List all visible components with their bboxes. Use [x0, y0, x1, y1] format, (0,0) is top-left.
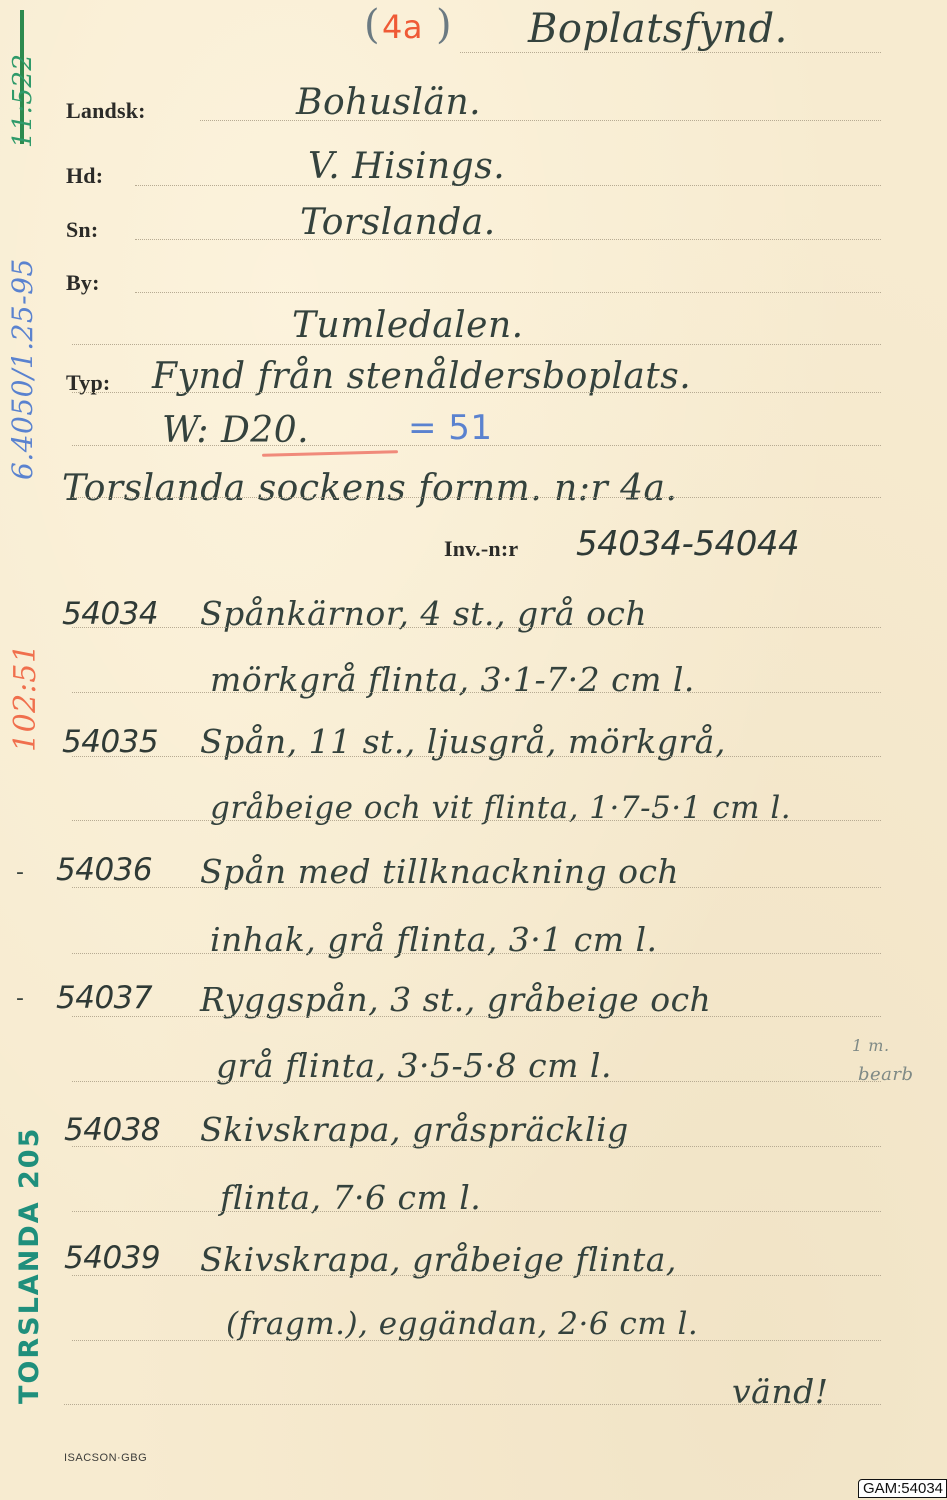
- item-number: 54039: [64, 1240, 160, 1276]
- red-underline: [262, 450, 398, 457]
- rule: [72, 1081, 881, 1082]
- margin-note-green: 11:522: [8, 54, 38, 148]
- item-number: 54036: [56, 852, 152, 888]
- archive-id-label: GAM:54034: [858, 1479, 947, 1498]
- item-line-1: Skivskrapa, gråbeige flinta,: [200, 1240, 677, 1279]
- margin-note-blue: 6.4050/1.25-95: [6, 258, 39, 480]
- w-reference-note: = 51: [408, 408, 493, 448]
- label-by: By:: [66, 270, 100, 296]
- rule: [72, 344, 881, 345]
- item-line-2: grå flinta, 3·5-5·8 cm l.: [216, 1046, 612, 1085]
- rule: [72, 1275, 881, 1276]
- rule: [72, 1211, 881, 1212]
- value-landsk: Bohuslän.: [296, 82, 481, 123]
- rule: [72, 953, 881, 954]
- rule: [135, 292, 881, 293]
- item-number: 54035: [62, 724, 158, 760]
- paren-close: ): [436, 2, 452, 48]
- label-sn: Sn:: [66, 217, 98, 243]
- item-number: 54038: [64, 1112, 160, 1148]
- value-typ: Fynd från stenåldersboplats.: [152, 356, 691, 397]
- rule: [72, 1146, 881, 1147]
- rule: [72, 887, 881, 888]
- item-line-1: Ryggspån, 3 st., gråbeige och: [200, 980, 711, 1019]
- rule: [72, 445, 881, 446]
- value-hd: V. Hisings.: [308, 146, 505, 187]
- value-inv: 54034-54044: [576, 524, 799, 564]
- rule: [72, 627, 881, 628]
- item-line-1: Skivskrapa, gråspräcklig: [200, 1110, 629, 1149]
- item-number: 54037: [56, 980, 152, 1016]
- rule: [135, 239, 881, 240]
- rule: [460, 52, 881, 53]
- check-dash-mark: -: [16, 860, 24, 885]
- check-dash-mark: -: [16, 986, 24, 1011]
- parish-note: Torslanda sockens fornm. n:r 4a.: [62, 468, 677, 509]
- rule: [72, 692, 881, 693]
- turn-over-note: vänd!: [732, 1372, 828, 1411]
- value-sn: Torslanda.: [300, 202, 496, 243]
- label-inv: Inv.-n:r: [444, 536, 518, 562]
- paren-open: (: [364, 2, 380, 48]
- printer-mark: ISACSON·GBG: [64, 1452, 147, 1464]
- rule: [72, 1340, 881, 1341]
- item-line-1: Spån med tillknackning och: [200, 852, 679, 891]
- rule: [72, 756, 881, 757]
- rule: [64, 1404, 881, 1405]
- item-line-2: (fragm.), eggändan, 2·6 cm l.: [226, 1306, 698, 1342]
- margin-note-red: 102:51: [8, 643, 43, 752]
- archive-card: 11:522 6.4050/1.25-95 102:51 TORSLANDA 2…: [0, 0, 947, 1500]
- place-name: Tumledalen.: [292, 305, 524, 346]
- rule: [72, 392, 881, 393]
- rule: [135, 185, 881, 186]
- parish-stamp: TORSLANDA 205: [14, 1127, 45, 1404]
- margin-note-right-1: 1 m.: [852, 1036, 890, 1055]
- card-ref-number: 4a: [382, 8, 423, 46]
- label-hd: Hd:: [66, 163, 103, 189]
- rule: [72, 1016, 881, 1017]
- item-line-2: mörkgrå flinta, 3·1-7·2 cm l.: [210, 660, 695, 699]
- card-title: Boplatsfynd.: [528, 6, 788, 52]
- label-landsk: Landsk:: [66, 98, 146, 124]
- rule: [72, 497, 881, 498]
- rule: [72, 820, 881, 821]
